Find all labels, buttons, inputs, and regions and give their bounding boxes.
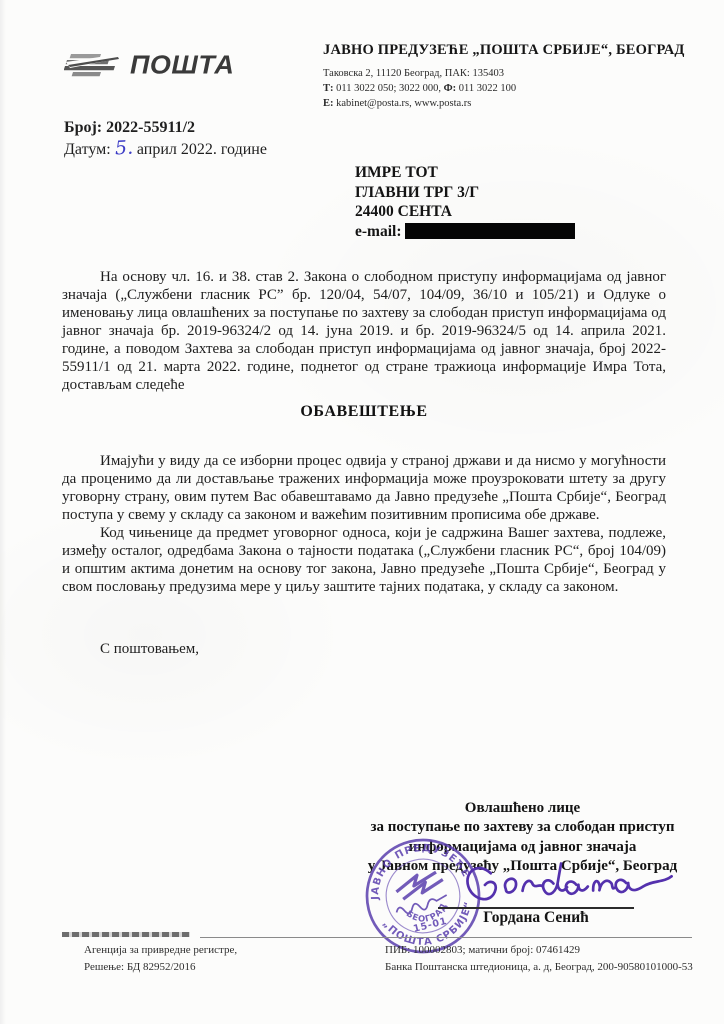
signatory-title-line-1: Овлашћено лице xyxy=(330,799,715,818)
letterhead-email-label: Е: xyxy=(323,98,334,109)
reference-number: Број: 2022-55911/2 xyxy=(64,117,267,138)
reference-number-label: Број: xyxy=(64,119,102,136)
footer-left-block: Агенција за привредне регистре, Решење: … xyxy=(84,942,237,975)
company-name: ЈАВНО ПРЕДУЗЕЋЕ „ПОШТА СРБИЈЕ“, БЕОГРАД xyxy=(323,42,703,59)
letterhead-company-block: ЈАВНО ПРЕДУЗЕЋЕ „ПОШТА СРБИЈЕ“, БЕОГРАД … xyxy=(323,42,703,111)
body-paragraph-2: Имајући у виду да се изборни процес одви… xyxy=(62,452,666,524)
email-redaction-bar xyxy=(405,223,575,239)
document-heading: ОБАВЕШТЕЊЕ xyxy=(62,403,666,421)
footer-bank-line: Банка Поштанска штедионица, а. д, Београ… xyxy=(385,959,693,976)
reference-date-rest: април 2022. године xyxy=(133,141,267,158)
reference-number-value: 2022-55911/2 xyxy=(106,119,195,136)
recipient-name: ИМРЕ ТОТ xyxy=(355,163,575,183)
closing-salutation: С поштовањем, xyxy=(100,641,199,658)
fax-value: 011 3022 100 xyxy=(459,83,516,94)
reference-block: Број: 2022-55911/2 Датум: 5. април 2022.… xyxy=(64,117,267,160)
handwritten-date-day: 5. xyxy=(114,138,133,160)
recipient-block: ИМРЕ ТОТ ГЛАВНИ ТРГ 3/Г 24400 СЕНТА e-ma… xyxy=(355,163,575,241)
recipient-email-label: e-mail: xyxy=(355,223,401,240)
company-address: Таковска 2, 11120 Београд, ПАК: 135403 xyxy=(323,66,703,81)
footer-decision-line: Решење: БД 82952/2016 xyxy=(84,959,237,976)
posta-logo-icon xyxy=(64,52,122,80)
footer-pib-line: ПИБ: 100002803; матични број: 07461429 xyxy=(385,942,693,959)
handwritten-signature xyxy=(459,854,679,912)
footer-divider xyxy=(200,937,692,938)
signatory-typed-name: Гордана Сенић xyxy=(425,909,647,927)
company-email: Е: kabinet@posta.rs, www.posta.rs xyxy=(323,96,703,111)
recipient-email-line: e-mail: xyxy=(355,222,575,242)
reference-date-label: Датум: xyxy=(64,141,111,158)
phone-label: Т: xyxy=(323,83,334,94)
footer-registry-line: Агенција за привредне регистре, xyxy=(84,942,237,959)
body-paragraph-3: Код чињенице да предмет уговорног односа… xyxy=(62,524,666,596)
footer-scan-artifact xyxy=(62,932,190,937)
company-phone-fax: Т: 011 3022 050; 3022 000, Ф: 011 3022 1… xyxy=(323,81,703,96)
reference-date: Датум: 5. април 2022. године xyxy=(64,138,267,160)
posta-logo-text: ПОШТА xyxy=(130,51,234,80)
letterhead-email-value: kabinet@posta.rs, www.posta.rs xyxy=(336,98,471,109)
recipient-street: ГЛАВНИ ТРГ 3/Г xyxy=(355,183,575,203)
phone-value: 011 3022 050; 3022 000, xyxy=(336,83,441,94)
recipient-city: 24400 СЕНТА xyxy=(355,202,575,222)
posta-logo: ПОШТА xyxy=(64,50,234,81)
fax-label: Ф: xyxy=(444,83,457,94)
footer-right-block: ПИБ: 100002803; матични број: 07461429 Б… xyxy=(385,942,693,975)
signatory-title-line-2: за поступање по захтеву за слободан прис… xyxy=(330,818,715,837)
document-page: ПОШТА ЈАВНО ПРЕДУЗЕЋЕ „ПОШТА СРБИЈЕ“, БЕ… xyxy=(0,0,724,1024)
body-paragraphs-2-3: Имајући у виду да се изборни процес одви… xyxy=(62,452,666,596)
body-paragraph-1: На основу чл. 16. и 38. став 2. Закона о… xyxy=(62,268,666,394)
